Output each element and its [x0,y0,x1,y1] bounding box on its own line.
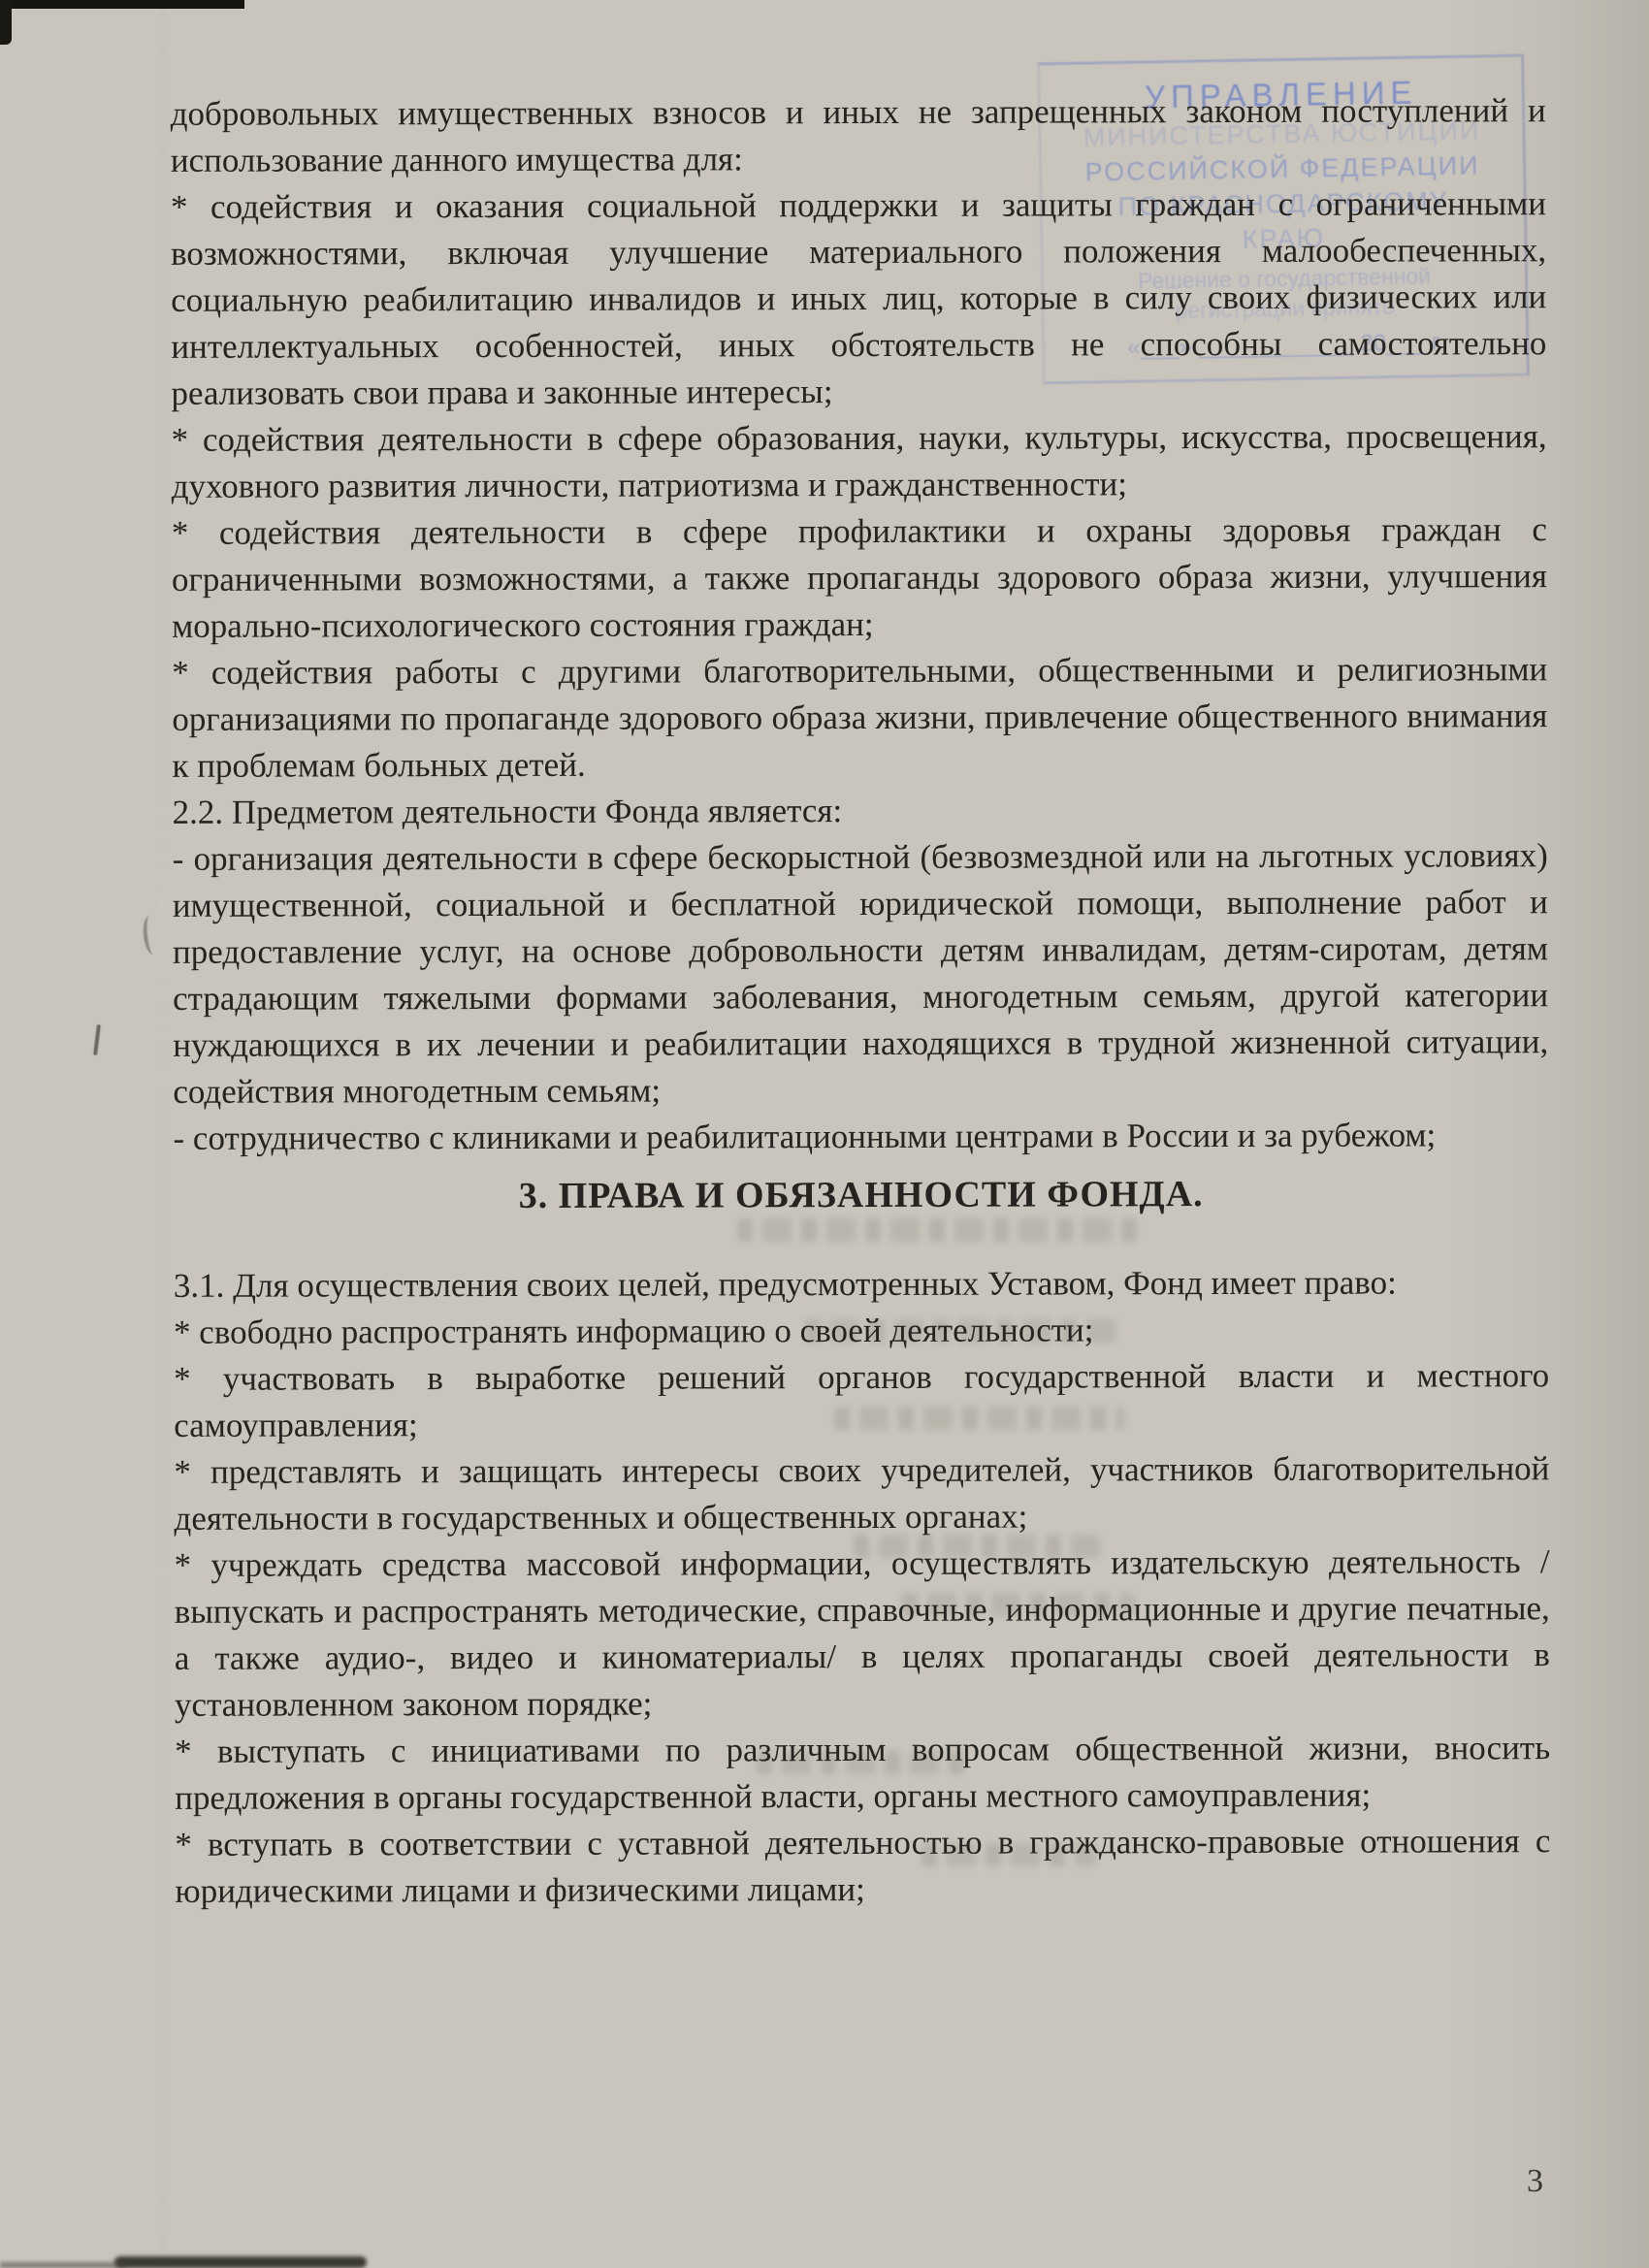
margin-mark [142,915,161,955]
paragraph: * содействия работы с другими благотвори… [172,646,1547,790]
paragraph: 2.2. Предметом деятельности Фонда являет… [173,786,1548,836]
paragraph: * свободно распространять информацию о с… [174,1306,1549,1356]
paragraph: * вступать в соответствии с уставной дея… [175,1818,1550,1915]
scanned-document-page: УПРАВЛЕНИЕ МИНИСТЕРСТВА ЮСТИЦИИ РОССИЙСК… [0,0,1649,2268]
paragraph: * содействия и оказания социальной подде… [171,180,1547,417]
paragraph: * содействия деятельности в сфере профил… [172,506,1547,650]
paragraph: добровольных имущественных взносов и ины… [171,87,1546,184]
paragraph: * учреждать средства массовой информации… [175,1539,1550,1729]
scan-bottom-edge [114,2256,367,2268]
section-heading: 3. ПРАВА И ОБЯЗАННОСТИ ФОНДА. [174,1170,1549,1220]
paragraph: * представлять и защищать интересы своих… [174,1445,1549,1542]
paragraph: - организация деятельности в сфере беско… [173,832,1549,1116]
paragraph: * содействия деятельности в сфере образо… [172,413,1547,510]
scan-corner-mark [0,0,12,45]
page-number: 3 [1527,2163,1543,2200]
scan-bottom-edge-2 [0,2262,126,2268]
margin-mark-2 [93,1024,101,1055]
paragraph: * участвовать в выработке решений органо… [174,1352,1549,1449]
page-crease-shadow [161,0,165,2268]
document-body: добровольных имущественных взносов и ины… [170,0,1550,1915]
scan-top-edge [0,0,244,9]
paragraph: 3.1. Для осуществления своих целей, пред… [174,1259,1549,1310]
paragraph: * выступать с инициативами по различным … [175,1725,1550,1822]
paragraph: - сотрудничество с клиниками и реабилита… [173,1112,1548,1162]
